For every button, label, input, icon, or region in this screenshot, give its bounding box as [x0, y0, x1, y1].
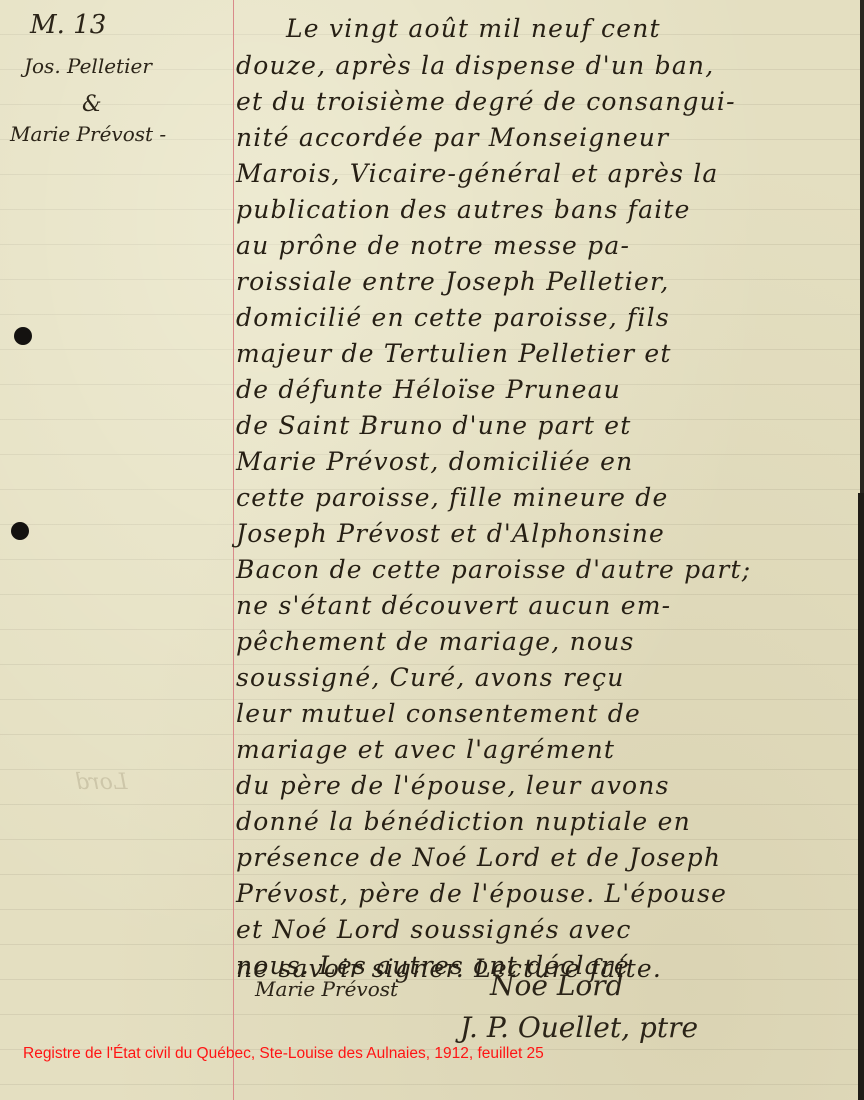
text-line: Joseph Prévost et d'Alphonsine	[236, 519, 665, 549]
text-line: Prévost, père de l'épouse. L'épouse	[236, 879, 727, 909]
signature-priest: J. P. Ouellet, ptre	[460, 1011, 698, 1044]
text-line: soussigné, Curé, avons reçu	[236, 663, 625, 693]
text-line: mariage et avec l'agrément	[236, 735, 615, 765]
text-line: roissiale entre Joseph Pelletier,	[236, 267, 670, 297]
text-line: donné la bénédiction nuptiale en	[236, 807, 691, 837]
punch-hole-icon	[14, 327, 32, 345]
text-line: nité accordée par Monseigneur	[236, 123, 669, 153]
text-line: majeur de Tertulien Pelletier et	[236, 339, 672, 369]
source-caption: Registre de l'État civil du Québec, Ste-…	[23, 1045, 544, 1063]
text-line: et Noé Lord soussignés avec	[236, 915, 632, 945]
text-line: présence de Noé Lord et de Joseph	[236, 843, 721, 873]
text-line: pêchement de mariage, nous	[236, 627, 634, 657]
punch-hole-icon	[11, 522, 29, 540]
signature-bride: Marie Prévost	[255, 977, 398, 1001]
text-line: au prône de notre messe pa-	[236, 231, 630, 261]
conjunction: &	[82, 92, 102, 117]
signature-witness: Noé Lord	[490, 969, 624, 1002]
signatures: Marie Prévost Noé Lord J. P. Ouellet, pt…	[230, 965, 860, 1045]
text-line: ne s'étant découvert aucun em-	[236, 591, 671, 621]
text-line: Le vingt août mil neuf cent	[286, 14, 661, 44]
text-line: de Saint Bruno d'une part et	[236, 411, 632, 441]
text-line: Marois, Vicaire-général et après la	[236, 159, 719, 189]
groom-name: Jos. Pelletier	[24, 54, 152, 78]
text-line: cette paroisse, fille mineure de	[236, 483, 668, 513]
text-line: douze, après la dispense d'un ban,	[236, 51, 714, 81]
text-line: Marie Prévost, domiciliée en	[236, 447, 633, 477]
text-line: leur mutuel consentement de	[236, 699, 641, 729]
entry-number: M. 13	[30, 10, 106, 40]
bride-name: Marie Prévost -	[10, 122, 166, 146]
bleed-through-mark: Lord	[75, 770, 127, 795]
text-line: du père de l'épouse, leur avons	[236, 771, 670, 801]
text-line: Bacon de cette paroisse d'autre part;	[236, 555, 751, 585]
register-page: Lord M. 13 Jos. Pelletier & Marie Prévos…	[0, 0, 864, 1100]
red-margin-rule	[233, 0, 234, 1100]
text-line: et du troisième degré de consangui-	[236, 87, 736, 117]
text-line: publication des autres bans faite	[236, 195, 691, 225]
text-line: domicilié en cette paroisse, fils	[236, 303, 670, 333]
text-line: de défunte Héloïse Pruneau	[236, 375, 621, 405]
